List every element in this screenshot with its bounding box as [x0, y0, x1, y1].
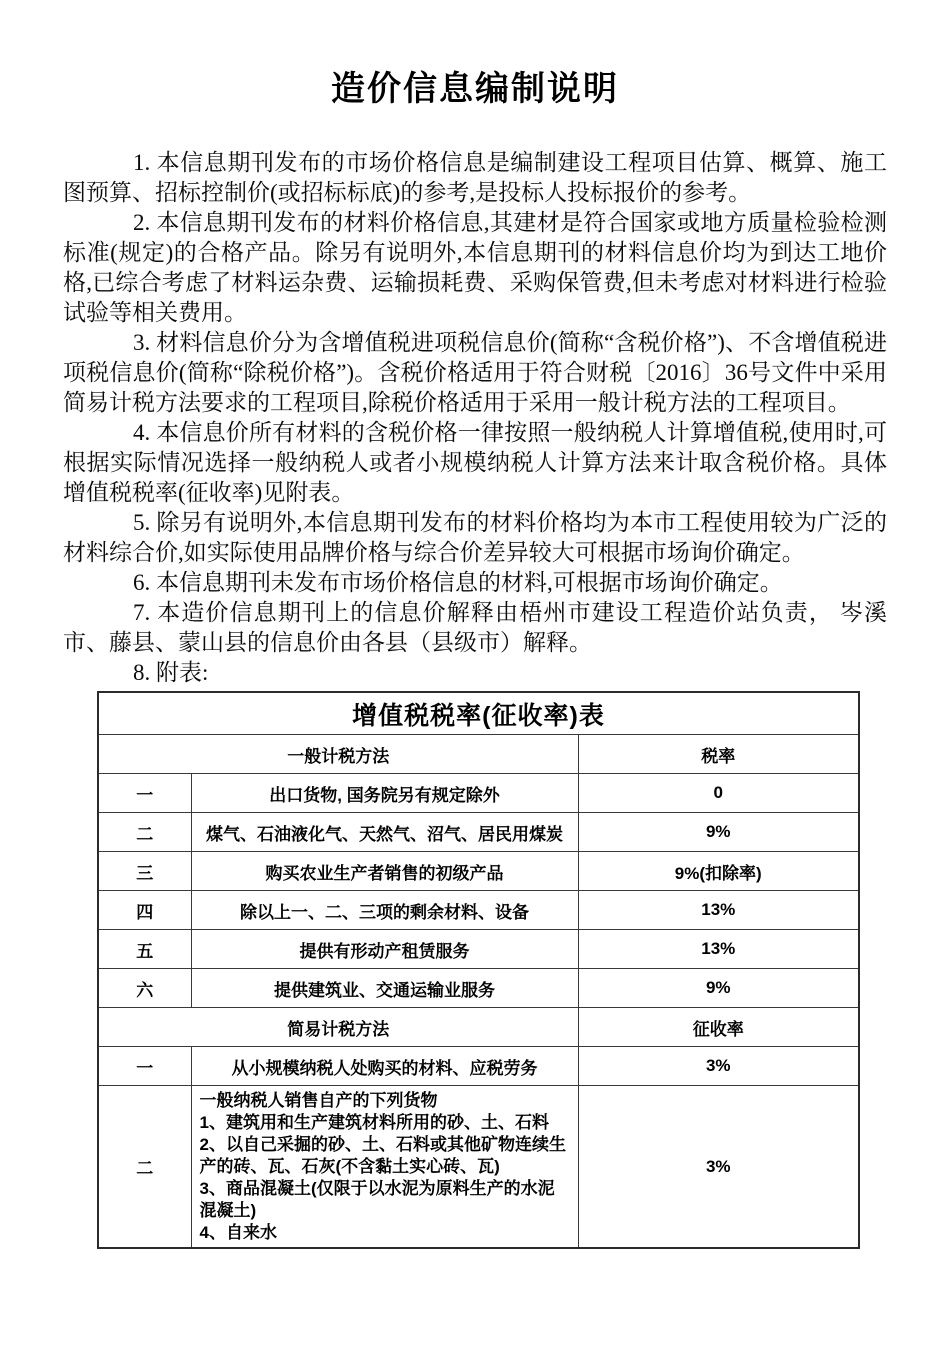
row-rate: 13%: [578, 891, 859, 930]
row-rate: 9%: [578, 969, 859, 1008]
paragraph-4: 4. 本信息价所有材料的含税价格一律按照一般纳税人计算增值税,使用时,可根据实际…: [63, 418, 887, 508]
row-rate: 3%: [578, 1086, 859, 1249]
paragraph-5: 5. 除另有说明外,本信息期刊发布的材料价格均为本市工程使用较为广泛的材料综合价…: [63, 508, 887, 568]
row-rate: 9%: [578, 813, 859, 852]
general-row-4: 四 除以上一、二、三项的剩余材料、设备 13%: [98, 891, 859, 930]
row-number: 三: [98, 852, 191, 891]
vat-table-title-row: 增值税税率(征收率)表: [98, 692, 859, 735]
simple-method-header-row: 简易计税方法 征收率: [98, 1008, 859, 1047]
desc-line-1: 一般纳税人销售自产的下列货物: [200, 1090, 570, 1112]
row-description-list: 一般纳税人销售自产的下列货物 1、建筑用和生产建筑材料所用的砂、土、石料 2、以…: [191, 1086, 578, 1249]
general-row-3: 三 购买农业生产者销售的初级产品 9%(扣除率): [98, 852, 859, 891]
general-row-5: 五 提供有形动产租赁服务 13%: [98, 930, 859, 969]
general-row-6: 六 提供建筑业、交通运输业服务 9%: [98, 969, 859, 1008]
paragraph-1: 1. 本信息期刊发布的市场价格信息是编制建设工程项目估算、概算、施工图预算、招标…: [63, 148, 887, 208]
row-number: 四: [98, 891, 191, 930]
document-body: 1. 本信息期刊发布的市场价格信息是编制建设工程项目估算、概算、施工图预算、招标…: [63, 148, 887, 1249]
levy-rate-header: 征收率: [578, 1008, 859, 1047]
simple-row-1: 一 从小规模纳税人处购买的材料、应税劳务 3%: [98, 1047, 859, 1086]
general-method-header: 一般计税方法: [98, 735, 578, 774]
row-description: 购买农业生产者销售的初级产品: [191, 852, 578, 891]
row-description: 出口货物, 国务院另有规定除外: [191, 774, 578, 813]
vat-rate-table: 增值税税率(征收率)表 一般计税方法 税率 一 出口货物, 国务院另有规定除外 …: [97, 691, 860, 1249]
paragraph-3: 3. 材料信息价分为含增值税进项税信息价(简称“含税价格”)、不含增值税进项税信…: [63, 328, 887, 418]
paragraph-2: 2. 本信息期刊发布的材料价格信息,其建材是符合国家或地方质量检验检测标准(规定…: [63, 208, 887, 328]
paragraph-8: 8. 附表:: [63, 658, 887, 688]
row-number: 五: [98, 930, 191, 969]
row-number: 一: [98, 1047, 191, 1086]
tax-rate-header: 税率: [578, 735, 859, 774]
row-description: 除以上一、二、三项的剩余材料、设备: [191, 891, 578, 930]
simple-row-2: 二 一般纳税人销售自产的下列货物 1、建筑用和生产建筑材料所用的砂、土、石料 2…: [98, 1086, 859, 1249]
document-page: 造价信息编制说明 1. 本信息期刊发布的市场价格信息是编制建设工程项目估算、概算…: [0, 0, 950, 1345]
general-row-2: 二 煤气、石油液化气、天然气、沼气、居民用煤炭 9%: [98, 813, 859, 852]
row-number: 六: [98, 969, 191, 1008]
row-rate: 3%: [578, 1047, 859, 1086]
desc-line-2: 1、建筑用和生产建筑材料所用的砂、土、石料: [200, 1112, 570, 1134]
row-number: 二: [98, 813, 191, 852]
row-number: 二: [98, 1086, 191, 1249]
vat-table-title: 增值税税率(征收率)表: [98, 692, 859, 735]
document-title: 造价信息编制说明: [0, 66, 950, 112]
row-number: 一: [98, 774, 191, 813]
desc-line-3: 2、以自己采掘的砂、土、石料或其他矿物连续生产的砖、瓦、石灰(不含黏土实心砖、瓦…: [200, 1134, 570, 1178]
simple-method-header: 简易计税方法: [98, 1008, 578, 1047]
paragraph-7: 7. 本造价信息期刊上的信息价解释由梧州市建设工程造价站负责， 岑溪市、藤县、蒙…: [63, 598, 887, 658]
general-method-header-row: 一般计税方法 税率: [98, 735, 859, 774]
paragraph-6: 6. 本信息期刊未发布市场价格信息的材料,可根据市场询价确定。: [63, 568, 887, 598]
row-rate: 0: [578, 774, 859, 813]
general-row-1: 一 出口货物, 国务院另有规定除外 0: [98, 774, 859, 813]
row-rate: 13%: [578, 930, 859, 969]
row-description: 提供建筑业、交通运输业服务: [191, 969, 578, 1008]
desc-line-4: 3、商品混凝土(仅限于以水泥为原料生产的水泥混凝土): [200, 1178, 570, 1222]
row-description: 从小规模纳税人处购买的材料、应税劳务: [191, 1047, 578, 1086]
row-description: 提供有形动产租赁服务: [191, 930, 578, 969]
row-description: 煤气、石油液化气、天然气、沼气、居民用煤炭: [191, 813, 578, 852]
row-rate: 9%(扣除率): [578, 852, 859, 891]
desc-line-5: 4、自来水: [200, 1222, 570, 1244]
